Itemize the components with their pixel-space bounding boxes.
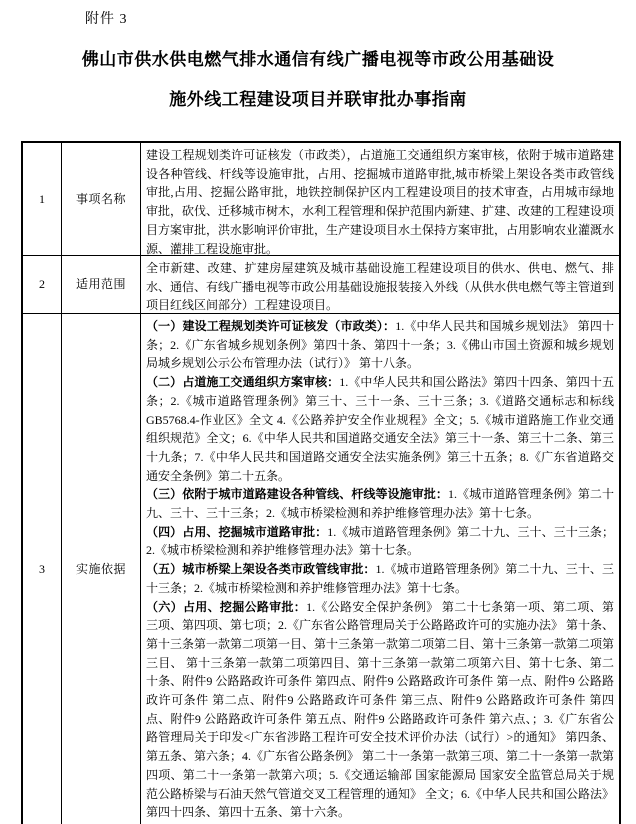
legal-basis-section-6: （六）占用、挖掘公路审批：1.《公路安全保护条例》 第二十七条第一项、第二项、第… xyxy=(146,598,614,822)
title-line-2: 施外线工程建设项目并联审批办事指南 xyxy=(0,80,636,120)
title-line-1: 佛山市供水供电燃气排水通信有线广播电视等市政公用基础设 xyxy=(0,40,636,80)
row-label: 事项名称 xyxy=(62,142,141,256)
row-label: 适用范围 xyxy=(62,256,141,314)
table-row-legal-basis: 3 实施依据 （一）建设工程规划类许可证核发（市政类）：1.《中华人民共和国城乡… xyxy=(22,314,620,824)
row-number: 1 xyxy=(22,142,62,256)
row-content: 建设工程规划类许可证核发（市政类），占道施工交通组织方案审核，依附于城市道路建设… xyxy=(141,142,621,256)
document-title: 佛山市供水供电燃气排水通信有线广播电视等市政公用基础设 施外线工程建设项目并联审… xyxy=(0,40,636,120)
item-name-text: 建设工程规划类许可证核发（市政类），占道施工交通组织方案审核，依附于城市道路建设… xyxy=(141,143,619,255)
scope-text: 全市新建、改建、扩建房屋建筑及城市基础设施工程建设项目的供水、供电、燃气、排水、… xyxy=(141,256,619,313)
document-page: 附件 3 佛山市供水供电燃气排水通信有线广播电视等市政公用基础设 施外线工程建设… xyxy=(0,0,636,824)
row-number: 3 xyxy=(22,314,62,824)
attachment-label: 附件 3 xyxy=(85,8,128,28)
approval-guide-table: 1 事项名称 建设工程规划类许可证核发（市政类），占道施工交通组织方案审核，依附… xyxy=(21,141,621,824)
legal-basis-section-4: （四）占用、挖掘城市道路审批：1.《城市道路管理条例》第二十九、三十、三十三条；… xyxy=(146,523,614,560)
row-number: 2 xyxy=(22,256,62,314)
section-heading: （二）占道施工交通组织方案审核： xyxy=(146,375,339,389)
table-row-scope: 2 适用范围 全市新建、改建、扩建房屋建筑及城市基础设施工程建设项目的供水、供电… xyxy=(22,256,620,314)
legal-basis-section-5: （五）城市桥梁上架设各类市政管线审批：1.《城市道路管理条例》第二十九、三十、三… xyxy=(146,560,614,597)
row-content: （一）建设工程规划类许可证核发（市政类）：1.《中华人民共和国城乡规划法》 第四… xyxy=(141,314,621,824)
section-body: 1.《公路安全保护条例》 第二十七条第一项、第二项、第三项、第四项、第七项；2.… xyxy=(146,600,614,820)
row-content: 全市新建、改建、扩建房屋建筑及城市基础设施工程建设项目的供水、供电、燃气、排水、… xyxy=(141,256,621,314)
table-row-item-name: 1 事项名称 建设工程规划类许可证核发（市政类），占道施工交通组织方案审核，依附… xyxy=(22,142,620,256)
section-heading: （一）建设工程规划类许可证核发（市政类）： xyxy=(146,319,395,333)
legal-basis-section-2: （二）占道施工交通组织方案审核：1.《中华人民共和国公路法》第四十四条、第四十五… xyxy=(146,373,614,485)
legal-basis-section-1: （一）建设工程规划类许可证核发（市政类）：1.《中华人民共和国城乡规划法》 第四… xyxy=(146,317,614,373)
section-heading: （三）依附于城市道路建设各种管线、杆线等设施审批： xyxy=(146,487,448,501)
legal-basis-section-3: （三）依附于城市道路建设各种管线、杆线等设施审批：1.《城市道路管理条例》第二十… xyxy=(146,485,614,522)
section-heading: （六）占用、挖掘公路审批： xyxy=(146,600,306,614)
row-label: 实施依据 xyxy=(62,314,141,824)
section-heading: （五）城市桥梁上架设各类市政管线审批： xyxy=(146,562,376,576)
legal-basis-text: （一）建设工程规划类许可证核发（市政类）：1.《中华人民共和国城乡规划法》 第四… xyxy=(141,314,619,824)
section-body: 1.《中华人民共和国公路法》第四十四条、第四十五条；2.《城市道路管理条例》第三… xyxy=(146,375,614,483)
section-heading: （四）占用、挖掘城市道路审批： xyxy=(146,525,327,539)
